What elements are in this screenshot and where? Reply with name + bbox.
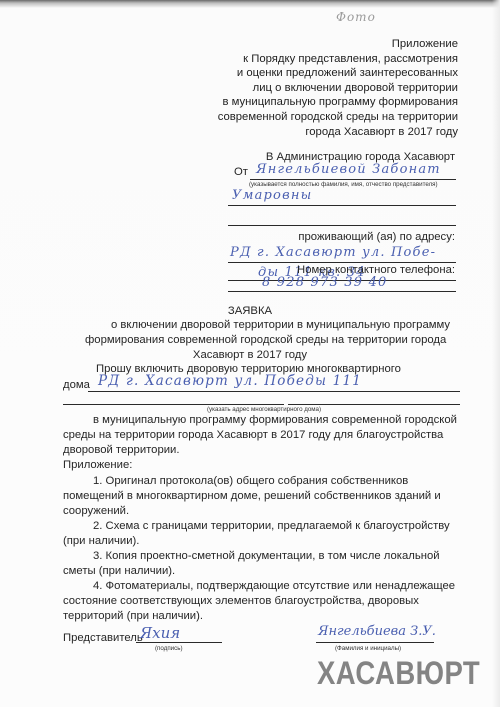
attachment-4-line1: 4. Фотоматериалы, подтверждающие отсутст… [93,579,455,594]
attachment-3-line2: сметы (при наличии). [63,564,175,579]
signature-value[interactable]: Яхия [140,624,180,642]
attachment-3-line1: 3. Копия проектно-сметной документации, … [93,549,440,564]
header-line: современной городской среды на территори… [218,110,458,125]
attachment-1-line1: 1. Оригинал протокола(ов) общего собрани… [93,474,408,489]
phone-underline [228,291,456,292]
header-line: лиц о включении дворовой территории [218,81,458,96]
header-line: к Порядку представления, рассмотрения [218,52,458,67]
residing-label: проживающий (ая) по адресу: [298,230,455,245]
house-underline [88,391,460,392]
phone-value[interactable]: 8 928 973 39 40 [262,275,388,290]
blank-underline [228,225,456,226]
from-hint: (указывается полностью фамилия, имя, отч… [249,181,438,188]
appendix-header: Приложение к Порядку представления, расс… [218,37,458,139]
attachment-2-line2: (при наличии). [63,534,139,549]
name-hint: (Фамилия и инициалы) [335,645,401,652]
attachments-label: Приложение: [63,458,132,473]
house-hint: (указать адрес многоквартирного дома) [207,406,321,413]
watermark-khasavyurt: ХАСАВЮРТ [317,655,480,692]
from-underline [250,179,456,180]
name-underline [316,642,434,643]
header-line: в муниципальную программу формирования [218,95,458,110]
header-line: города Хасавюрт в 2017 году [218,125,458,140]
header-line: и оценки предложений заинтересованных [218,66,458,81]
house-underline-2b [288,404,460,405]
request-para-line3: дворовой территории. [63,443,180,458]
pencil-note: Фото [336,10,376,24]
attachment-4-line2: состояние соответствующих элементов благ… [63,594,419,609]
from-value-line2[interactable]: Умаровны [232,188,312,203]
attachment-2-line1: 2. Схема с границами территории, предлаг… [93,519,450,534]
name-value[interactable]: Янгельбиева З.У. [318,624,436,639]
document-page: Фото Приложение к Порядку представления,… [0,0,500,707]
title-line1: о включении дворовой территории в муници… [111,318,450,333]
request-para-line2: среды на территории города Хасавюрт в 20… [63,428,443,443]
signature-hint: (подпись) [155,645,183,652]
title-line2: формирования современной городской среды… [85,333,446,348]
title-line3: Хасавюрт в 2017 году [0,348,500,363]
representative-label: Представитель [63,631,143,646]
title-heading: ЗАЯВКА [0,304,500,319]
house-label: дома [63,378,90,393]
attachment-4-line3: территорий (при наличии). [63,609,203,624]
address-line1[interactable]: РД г. Хасавюрт ул. Побе- [230,245,436,260]
from-value-line1[interactable]: Янгельбиевой Забонат [256,162,441,177]
signature-underline [136,642,222,643]
request-para-line1: в муниципальную программу формирования с… [93,413,457,428]
from-underline-2 [228,205,456,206]
house-value[interactable]: РД г. Хасавюрт ул. Победы 111 [98,373,362,389]
from-label: От [234,165,248,180]
attachment-1-line3: сооружений. [63,504,129,519]
header-line: Приложение [218,37,458,52]
house-underline-2a [63,404,284,405]
attachment-1-line2: помещений в многоквартирном доме, решени… [63,489,441,504]
